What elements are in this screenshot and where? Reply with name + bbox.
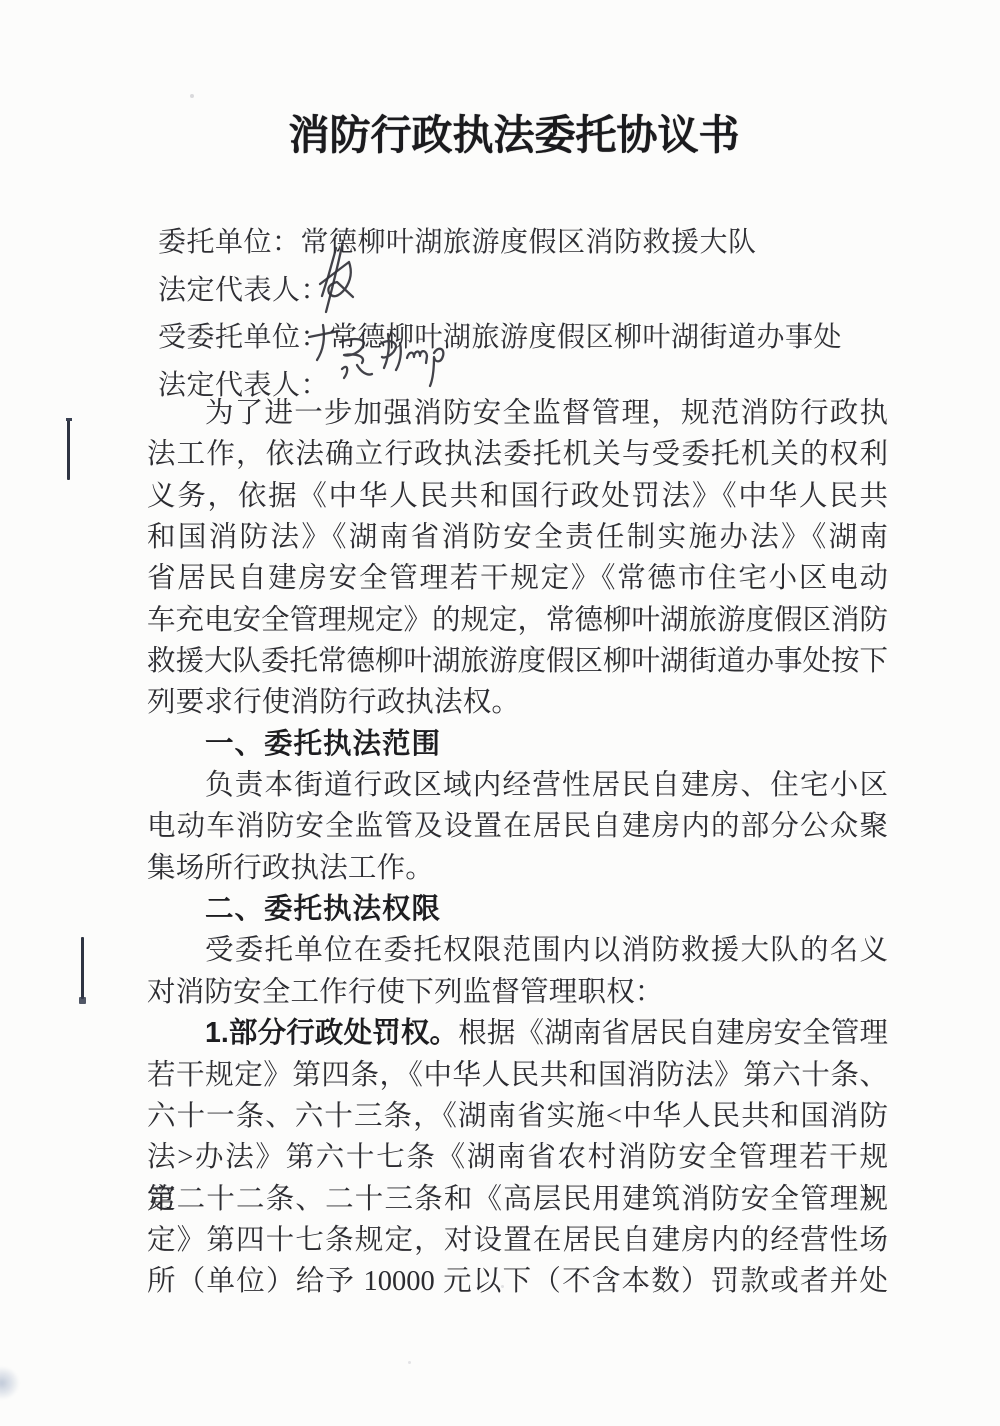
item1-line: 定》第四十七条规定，对设置在居民自建房内的经营性场 [147, 1220, 888, 1261]
item1-first-line-rest: 根据《湖南省居民自建房安全管理 [458, 1018, 888, 1049]
item1-line: 第二十二条、二十三条和《高层民用建筑消防安全管理规 [147, 1179, 888, 1220]
scan-speck [501, 1285, 504, 1288]
intro-line: 省居民自建房安全管理若干规定》《常德市住宅小区电动 [147, 558, 888, 599]
scan-speck [408, 1361, 411, 1364]
section2-line: 对消防安全工作行使下列监督管理职权： [147, 972, 888, 1013]
item1-line: 若干规定》第四条，《中华人民共和国消防法》第六十条、 [147, 1055, 888, 1096]
section1-line: 集场所行政执法工作。 [147, 848, 888, 889]
scanned-document-page: 消防行政执法委托协议书 委托单位：常德柳叶湖旅游度假区消防救援大队 法定代表人：… [0, 0, 1000, 1426]
item1-line: 法>办法》第六十七条《湖南省农村消防安全管理若干规定》 [147, 1137, 888, 1178]
intro-line: 义务，依据《中华人民共和国行政处罚法》《中华人民共 [147, 476, 888, 517]
section1-line: 电动车消防安全监管及设置在居民自建房内的部分公众聚 [147, 806, 888, 847]
intro-line: 法工作，依法确立行政执法委托机关与受委托机关的权利 [147, 434, 888, 475]
section1-line: 负责本街道行政区域内经营性居民自建房、住宅小区 [147, 765, 888, 806]
intro-line: 车充电安全管理规定》的规定，常德柳叶湖旅游度假区消防 [147, 600, 888, 641]
intro-line: 为了进一步加强消防安全监督管理，规范消防行政执 [147, 393, 888, 434]
document-title: 消防行政执法委托协议书 [0, 102, 1000, 161]
party-info-block: 委托单位：常德柳叶湖旅游度假区消防救援大队 法定代表人： 受委托单位：常德柳叶湖… [158, 219, 918, 409]
margin-scan-mark [81, 937, 84, 999]
intro-line: 和国消防法》《湖南省消防安全责任制实施办法》《湖南 [147, 517, 888, 558]
item1-first-line: 1.部分行政处罚权。根据《湖南省居民自建房安全管理 [147, 1013, 888, 1054]
intro-line: 列要求行使消防行政执法权。 [147, 682, 888, 723]
document-body: 为了进一步加强消防安全监督管理，规范消防行政执 法工作，依法确立行政执法委托机关… [147, 393, 888, 1303]
entrusted-unit-line: 受委托单位：常德柳叶湖旅游度假区柳叶湖街道办事处 [158, 314, 918, 362]
scan-speck [190, 94, 194, 98]
section2-line: 受委托单位在委托权限范围内以消防救援大队的名义 [147, 930, 888, 971]
intro-line: 救援大队委托常德柳叶湖旅游度假区柳叶湖街道办事处按下 [147, 641, 888, 682]
item1-lead: 1.部分行政处罚权。 [205, 1017, 458, 1049]
section2-heading: 二、委托执法权限 [147, 889, 888, 930]
entrusting-rep-label: 法定代表人： [158, 267, 918, 315]
entrusting-unit-line: 委托单位：常德柳叶湖旅游度假区消防救援大队 [158, 219, 918, 267]
corner-ink-smudge [0, 1366, 20, 1400]
margin-scan-mark [67, 420, 70, 480]
item1-line: 所（单位）给予 10000 元以下（不含本数）罚款或者并处 [147, 1261, 888, 1302]
section1-heading: 一、委托执法范围 [147, 724, 888, 765]
item1-line: 六十一条、六十三条，《湖南省实施<中华人民共和国消防 [147, 1096, 888, 1137]
